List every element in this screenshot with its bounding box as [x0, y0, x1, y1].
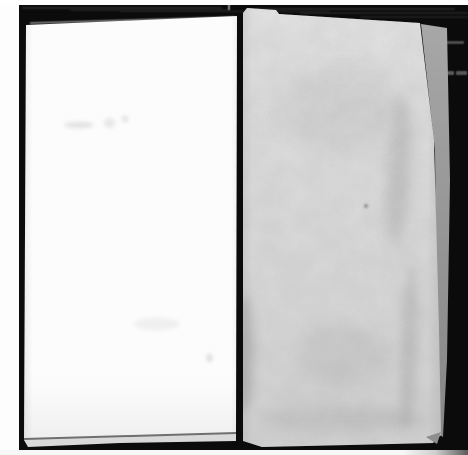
scan-streak — [255, 8, 455, 10]
scan-streak — [360, 16, 468, 18]
paper-smudge — [280, 66, 400, 150]
film-margin-mark — [447, 41, 464, 44]
paper-smudge — [64, 122, 94, 128]
scan-margin-bottom — [0, 450, 468, 455]
right-page — [238, 8, 446, 447]
paper-smudge — [207, 354, 212, 362]
left-page — [24, 16, 237, 439]
scan-streak — [300, 12, 468, 14]
film-margin-mark — [456, 71, 467, 75]
scanned-book-photo — [0, 0, 468, 455]
bottom-page-edges — [24, 432, 237, 448]
scan-margin-left — [0, 0, 19, 455]
paper-smudge — [122, 116, 128, 122]
scan-margin-top — [0, 0, 468, 5]
paper-fleck — [364, 204, 368, 208]
scan-streak — [120, 11, 330, 12]
paper-smudge — [104, 118, 115, 128]
paper-smudge — [296, 326, 388, 388]
paper-smudge — [260, 406, 428, 432]
paper-smudge — [134, 318, 180, 330]
